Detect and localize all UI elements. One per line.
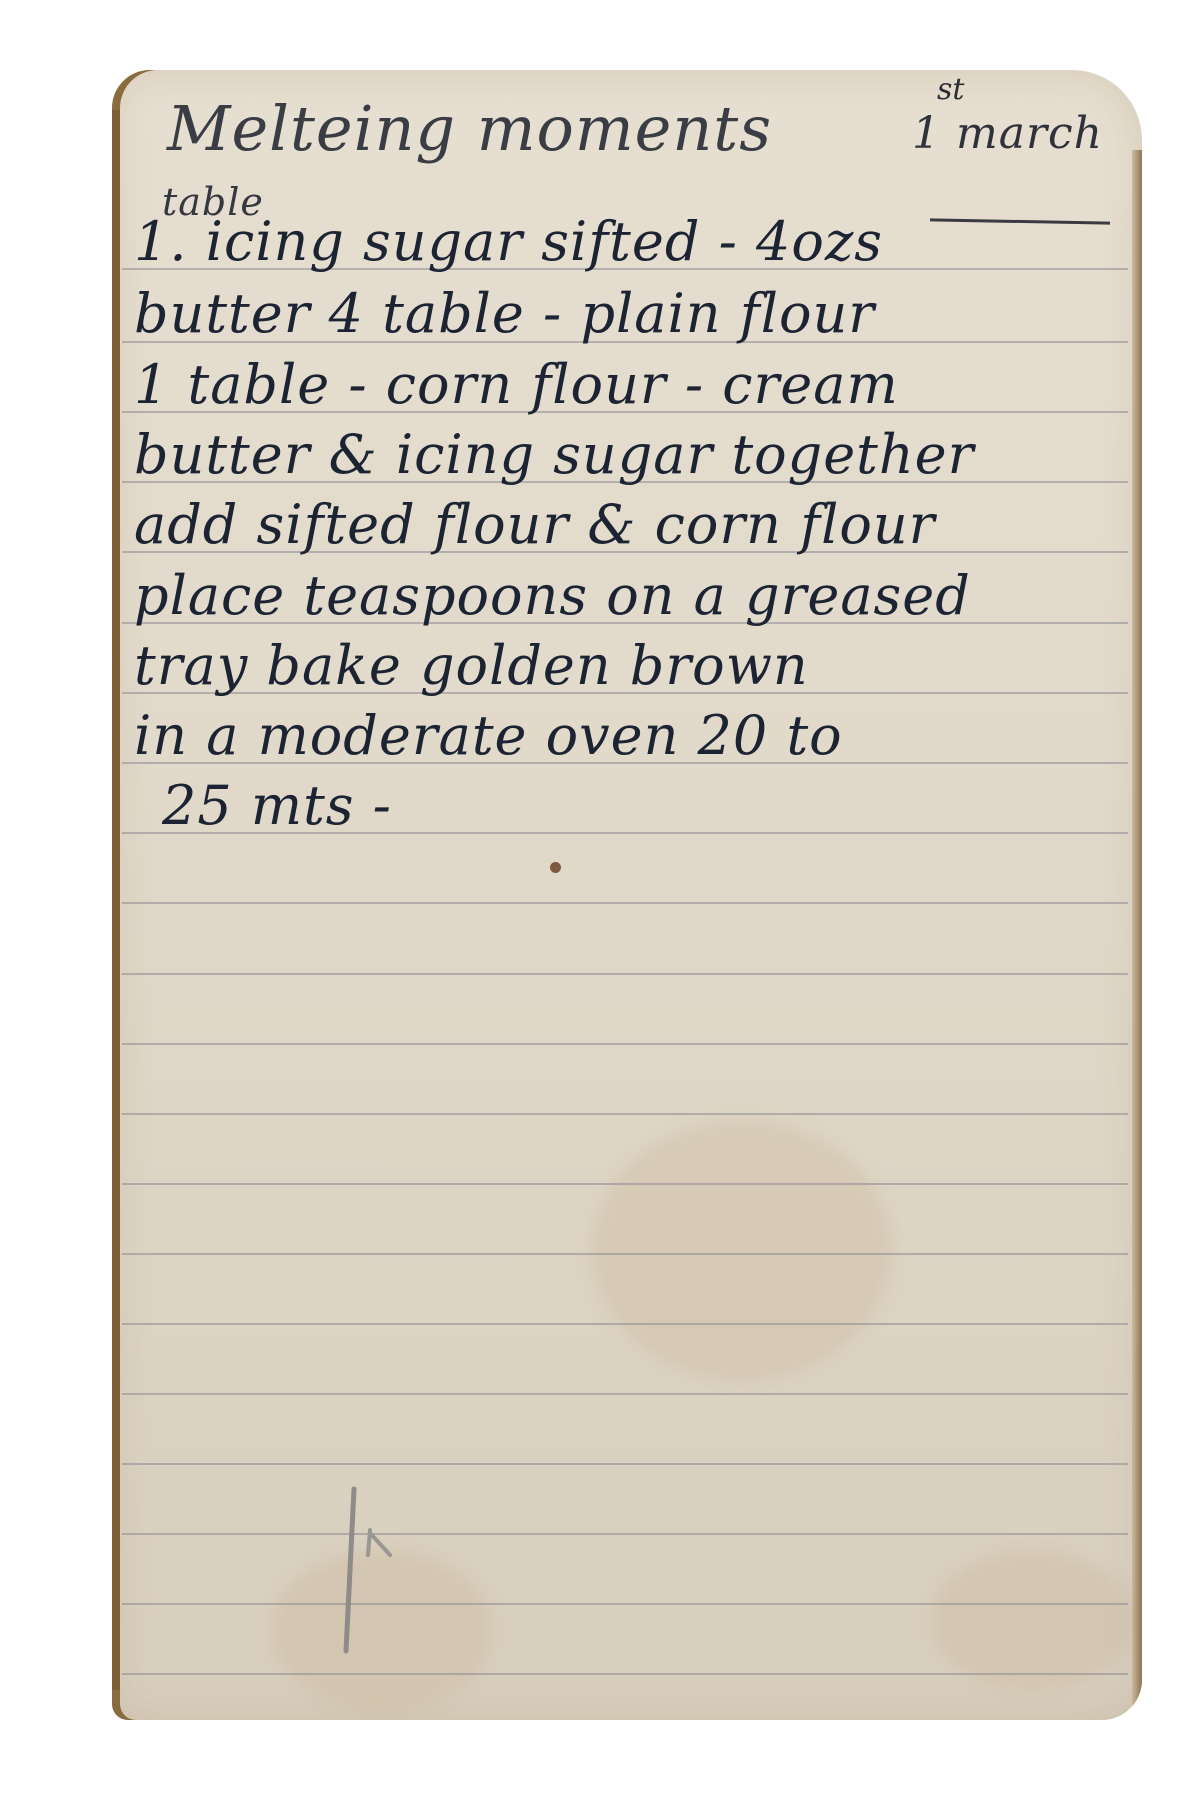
date-underline [930, 218, 1110, 224]
date-ordinal-superscript: st [937, 72, 964, 107]
recipe-line: butter 4 table - plain flour [134, 282, 875, 345]
recipe-line: 25 mts - [162, 774, 392, 837]
recipe-line: tray bake golden brown [134, 634, 809, 697]
ink-blot [550, 862, 561, 873]
recipe-line: butter & icing sugar together [134, 423, 974, 486]
binding-edge [112, 110, 120, 1690]
ruled-line [122, 1463, 1128, 1465]
notebook-page: Melteing moments st 1 march table 1. ici… [112, 70, 1142, 1720]
recipe-line: 1. icing sugar sifted - 4ozs [134, 210, 883, 273]
recipe-line: 1 table - corn flour - cream [134, 353, 899, 416]
ruled-line [122, 902, 1128, 904]
recipe-line: place teaspoons on a greased [134, 564, 971, 627]
paper-stain [592, 1120, 892, 1380]
date-month: march [956, 108, 1103, 159]
ruled-line [122, 1673, 1128, 1675]
recipe-line: in a moderate oven 20 to [134, 704, 843, 767]
recipe-date: 1 march [912, 108, 1103, 159]
ruled-line [122, 1113, 1128, 1115]
ruled-line [122, 973, 1128, 975]
recipe-line: add sifted flour & corn flour [134, 493, 935, 556]
page-edge-right [1132, 150, 1142, 1710]
pencil-mark [332, 1485, 402, 1655]
ruled-line [122, 1603, 1128, 1605]
ruled-line [122, 1533, 1128, 1535]
date-day: 1 [912, 108, 941, 159]
ruled-line [122, 1253, 1128, 1255]
paper-stain [932, 1550, 1132, 1690]
ruled-line [122, 1323, 1128, 1325]
ruled-line [122, 1393, 1128, 1395]
recipe-title: Melteing moments [167, 92, 772, 165]
ruled-line [122, 1043, 1128, 1045]
ruled-line [122, 1183, 1128, 1185]
